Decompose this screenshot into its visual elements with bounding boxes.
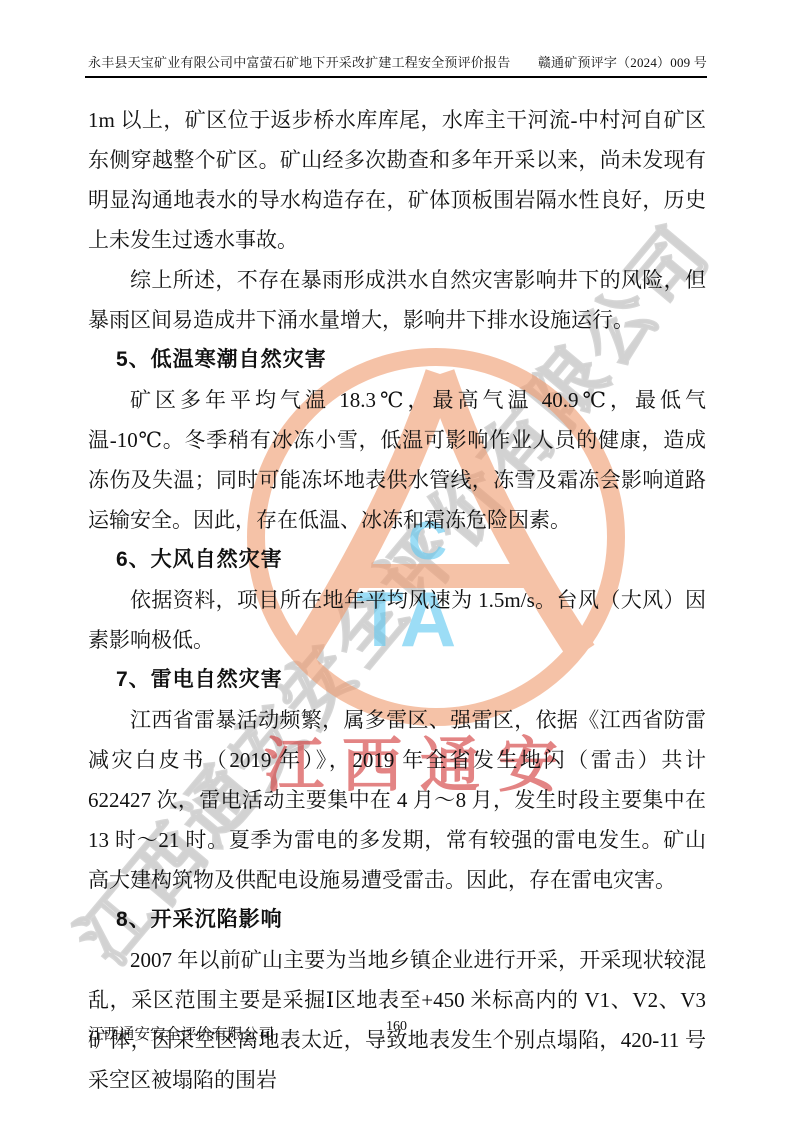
document-body: 1m 以上，矿区位于返步桥水库库尾，水库主干河流-中村河自矿区东侧穿越整个矿区。… <box>88 100 706 1100</box>
paragraph: 江西省雷暴活动频繁，属多雷区、强雷区，依据《江西省防雷减灾白皮书（2019 年）… <box>88 700 706 900</box>
page-number: 160 <box>0 1019 793 1035</box>
section-heading-7: 7、雷电自然灾害 <box>88 660 706 700</box>
header-document-number: 赣通矿预评字（2024）009 号 <box>538 54 707 72</box>
paragraph: 1m 以上，矿区位于返步桥水库库尾，水库主干河流-中村河自矿区东侧穿越整个矿区。… <box>88 100 706 260</box>
paragraph: 综上所述，不存在暴雨形成洪水自然灾害影响井下的风险，但暴雨区间易造成井下涌水量增… <box>88 260 706 340</box>
paragraph: 矿区多年平均气温 18.3℃，最高气温 40.9℃，最低气温-10℃。冬季稍有冰… <box>88 380 706 540</box>
document-page: 江西通安安全评价有限公司 C TA 江西通安 永丰县天宝矿业有限公司中富萤石矿地… <box>0 0 793 1122</box>
section-heading-6: 6、大风自然灾害 <box>88 540 706 580</box>
section-heading-8: 8、开采沉陷影响 <box>88 900 706 940</box>
header-report-title: 永丰县天宝矿业有限公司中富萤石矿地下开采改扩建工程安全预评价报告 <box>88 54 510 72</box>
paragraph: 依据资料，项目所在地年平均风速为 1.5m/s。台风（大风）因素影响极低。 <box>88 580 706 660</box>
section-heading-5: 5、低温寒潮自然灾害 <box>88 340 706 380</box>
page-header: 永丰县天宝矿业有限公司中富萤石矿地下开采改扩建工程安全预评价报告 赣通矿预评字（… <box>85 52 707 78</box>
